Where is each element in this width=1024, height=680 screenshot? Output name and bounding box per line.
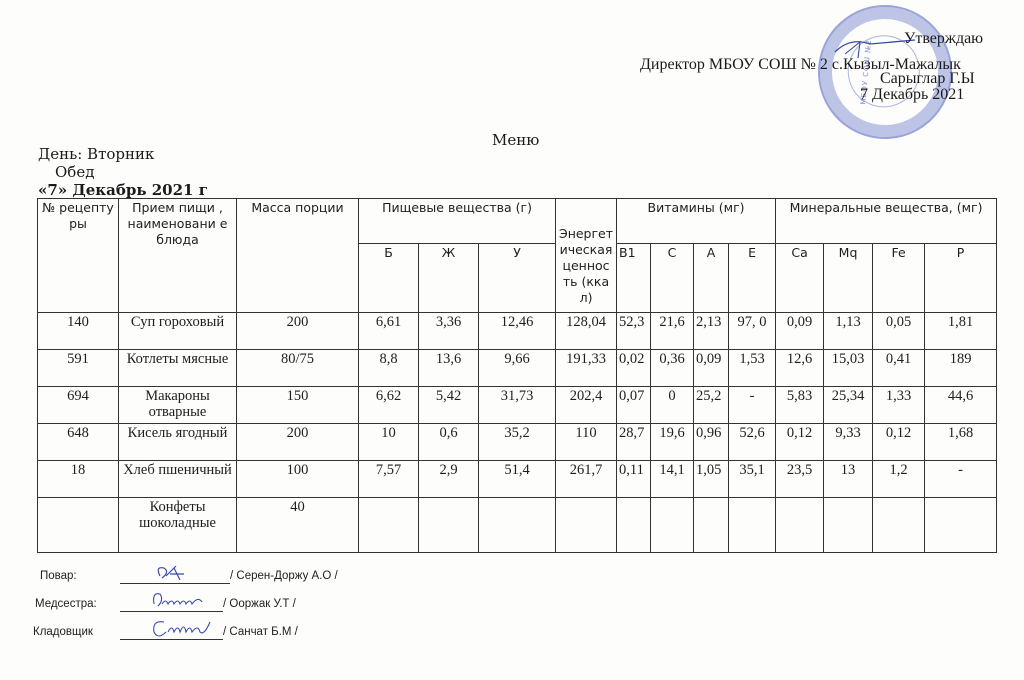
cell-protein: 7,57 — [359, 461, 419, 498]
signature-role: Кладовщик — [33, 626, 93, 638]
header-row-1: № рецепту ры Прием пищи , наименовани е … — [38, 199, 997, 244]
cell-vit-e — [729, 498, 776, 553]
cell-vit-e: 52,6 — [729, 424, 776, 461]
cell-carbs: 51,4 — [479, 461, 556, 498]
cell-fat: 3,36 — [419, 313, 479, 350]
cell-mass: 200 — [237, 313, 359, 350]
header-recipe-no: № рецепту ры — [38, 199, 119, 313]
handwritten-signature — [150, 618, 230, 642]
cell-vit-e: 1,53 — [729, 350, 776, 387]
table-row: 18Хлеб пшеничный1007,572,951,4261,70,111… — [38, 461, 997, 498]
cell-carbs: 35,2 — [479, 424, 556, 461]
header-vit-b1: В1 — [617, 244, 651, 313]
header-vit-a: А — [694, 244, 729, 313]
cell-dish-name: Макароны отварные — [119, 387, 237, 424]
cell-vit-c: 0 — [651, 387, 694, 424]
cell-dish-name: Конфеты шоколадные — [119, 498, 237, 553]
cell-vit-a: 25,2 — [694, 387, 729, 424]
cell-min-p: - — [925, 461, 997, 498]
table-row: 648Кисель ягодный200100,635,211028,719,6… — [38, 424, 997, 461]
cell-energy: 202,4 — [556, 387, 617, 424]
cell-carbs: 31,73 — [479, 387, 556, 424]
table-row: Конфеты шоколадные40 — [38, 498, 997, 553]
cell-carbs: 9,66 — [479, 350, 556, 387]
cell-vit-b1: 28,7 — [617, 424, 651, 461]
cell-vit-e: - — [729, 387, 776, 424]
cell-min-p — [925, 498, 997, 553]
table-row: 140Суп гороховый2006,613,3612,46128,0452… — [38, 313, 997, 350]
cell-energy: 261,7 — [556, 461, 617, 498]
cell-fat: 2,9 — [419, 461, 479, 498]
approval-date: 7 Декабрь 2021 — [860, 86, 964, 104]
cell-min-mq: 1,13 — [824, 313, 873, 350]
signature-role: Медсестра: — [35, 598, 97, 610]
header-fat: Ж — [419, 244, 479, 313]
header-min-ca: Са — [776, 244, 824, 313]
cell-carbs: 12,46 — [479, 313, 556, 350]
cell-protein: 6,62 — [359, 387, 419, 424]
header-nutrients: Пищевые вещества (г) — [359, 199, 556, 244]
cell-min-p: 44,6 — [925, 387, 997, 424]
cell-dish-name: Котлеты мясные — [119, 350, 237, 387]
cell-recipe-no: 18 — [38, 461, 119, 498]
day-label: День: Вторник — [38, 145, 154, 163]
cell-min-ca: 12,6 — [776, 350, 824, 387]
cell-energy — [556, 498, 617, 553]
cell-energy: 110 — [556, 424, 617, 461]
header-carbs: У — [479, 244, 556, 313]
cell-min-mq: 9,33 — [824, 424, 873, 461]
cell-protein — [359, 498, 419, 553]
header-dish: Прием пищи , наименовани е блюда — [119, 199, 237, 313]
signature-name: / Санчат Б.М / — [223, 626, 298, 638]
cell-fat: 13,6 — [419, 350, 479, 387]
approved-label: Утверждаю — [904, 30, 983, 48]
cell-mass: 150 — [237, 387, 359, 424]
cell-carbs — [479, 498, 556, 553]
header-mass: Масса порции — [237, 199, 359, 313]
cell-recipe-no: 694 — [38, 387, 119, 424]
cell-recipe-no — [38, 498, 119, 553]
cell-fat: 0,6 — [419, 424, 479, 461]
cell-protein: 8,8 — [359, 350, 419, 387]
header-min-p: Р — [925, 244, 997, 313]
cell-min-fe: 0,05 — [873, 313, 925, 350]
header-min-mq: Mq — [824, 244, 873, 313]
document-title: Меню — [492, 131, 539, 149]
cell-min-fe: 0,41 — [873, 350, 925, 387]
cell-min-fe: 1,2 — [873, 461, 925, 498]
menu-table: № рецепту ры Прием пищи , наименовани е … — [37, 198, 997, 553]
cell-mass: 40 — [237, 498, 359, 553]
cell-vit-a: 0,96 — [694, 424, 729, 461]
signature-name: / Серен-Доржу А.О / — [230, 570, 338, 582]
cell-vit-e: 35,1 — [729, 461, 776, 498]
cell-vit-a: 2,13 — [694, 313, 729, 350]
cell-min-p: 1,81 — [925, 313, 997, 350]
cell-min-ca — [776, 498, 824, 553]
header-vit-e: Е — [729, 244, 776, 313]
handwritten-signature — [150, 562, 230, 586]
meal-label: Обед — [55, 163, 94, 181]
cell-dish-name: Кисель ягодный — [119, 424, 237, 461]
cell-min-ca: 0,09 — [776, 313, 824, 350]
cell-min-mq: 13 — [824, 461, 873, 498]
header-vitamins: Витамины (мг) — [617, 199, 776, 244]
cell-fat: 5,42 — [419, 387, 479, 424]
cell-vit-a: 1,05 — [694, 461, 729, 498]
cell-vit-c: 21,6 — [651, 313, 694, 350]
table-row: 591Котлеты мясные80/758,813,69,66191,330… — [38, 350, 997, 387]
handwritten-signature — [150, 590, 230, 614]
cell-vit-b1: 0,11 — [617, 461, 651, 498]
menu-table-body: 140Суп гороховый2006,613,3612,46128,0452… — [38, 313, 997, 553]
cell-vit-b1: 52,3 — [617, 313, 651, 350]
cell-vit-a — [694, 498, 729, 553]
header-energy: Энергет ическая ценнос ть (кка л) — [556, 199, 617, 313]
cell-min-p: 189 — [925, 350, 997, 387]
cell-recipe-no: 648 — [38, 424, 119, 461]
cell-dish-name: Суп гороховый — [119, 313, 237, 350]
cell-energy: 128,04 — [556, 313, 617, 350]
cell-recipe-no: 140 — [38, 313, 119, 350]
cell-fat — [419, 498, 479, 553]
cell-min-ca: 5,83 — [776, 387, 824, 424]
cell-min-mq — [824, 498, 873, 553]
cell-protein: 6,61 — [359, 313, 419, 350]
cell-vit-c — [651, 498, 694, 553]
cell-min-fe: 0,12 — [873, 424, 925, 461]
cell-min-p: 1,68 — [925, 424, 997, 461]
header-vit-c: С — [651, 244, 694, 313]
signature-name: / Ооржак У.Т / — [223, 598, 296, 610]
cell-energy: 191,33 — [556, 350, 617, 387]
cell-protein: 10 — [359, 424, 419, 461]
cell-min-fe — [873, 498, 925, 553]
cell-vit-a: 0,09 — [694, 350, 729, 387]
cell-vit-b1: 0,07 — [617, 387, 651, 424]
cell-mass: 100 — [237, 461, 359, 498]
cell-min-fe: 1,33 — [873, 387, 925, 424]
header-minerals: Минеральные вещества, (мг) — [776, 199, 997, 244]
menu-date: «7» Декабрь 2021 г — [38, 181, 208, 199]
cell-vit-c: 0,36 — [651, 350, 694, 387]
cell-mass: 200 — [237, 424, 359, 461]
cell-min-mq: 25,34 — [824, 387, 873, 424]
cell-vit-c: 19,6 — [651, 424, 694, 461]
cell-min-mq: 15,03 — [824, 350, 873, 387]
header-protein: Б — [359, 244, 419, 313]
signature-role: Повар: — [40, 570, 77, 582]
cell-vit-c: 14,1 — [651, 461, 694, 498]
cell-min-ca: 23,5 — [776, 461, 824, 498]
cell-recipe-no: 591 — [38, 350, 119, 387]
cell-min-ca: 0,12 — [776, 424, 824, 461]
table-row: 694Макароны отварные1506,625,4231,73202,… — [38, 387, 997, 424]
cell-dish-name: Хлеб пшеничный — [119, 461, 237, 498]
cell-vit-b1 — [617, 498, 651, 553]
header-min-fe: Fe — [873, 244, 925, 313]
cell-vit-b1: 0,02 — [617, 350, 651, 387]
cell-vit-e: 97, 0 — [729, 313, 776, 350]
cell-mass: 80/75 — [237, 350, 359, 387]
